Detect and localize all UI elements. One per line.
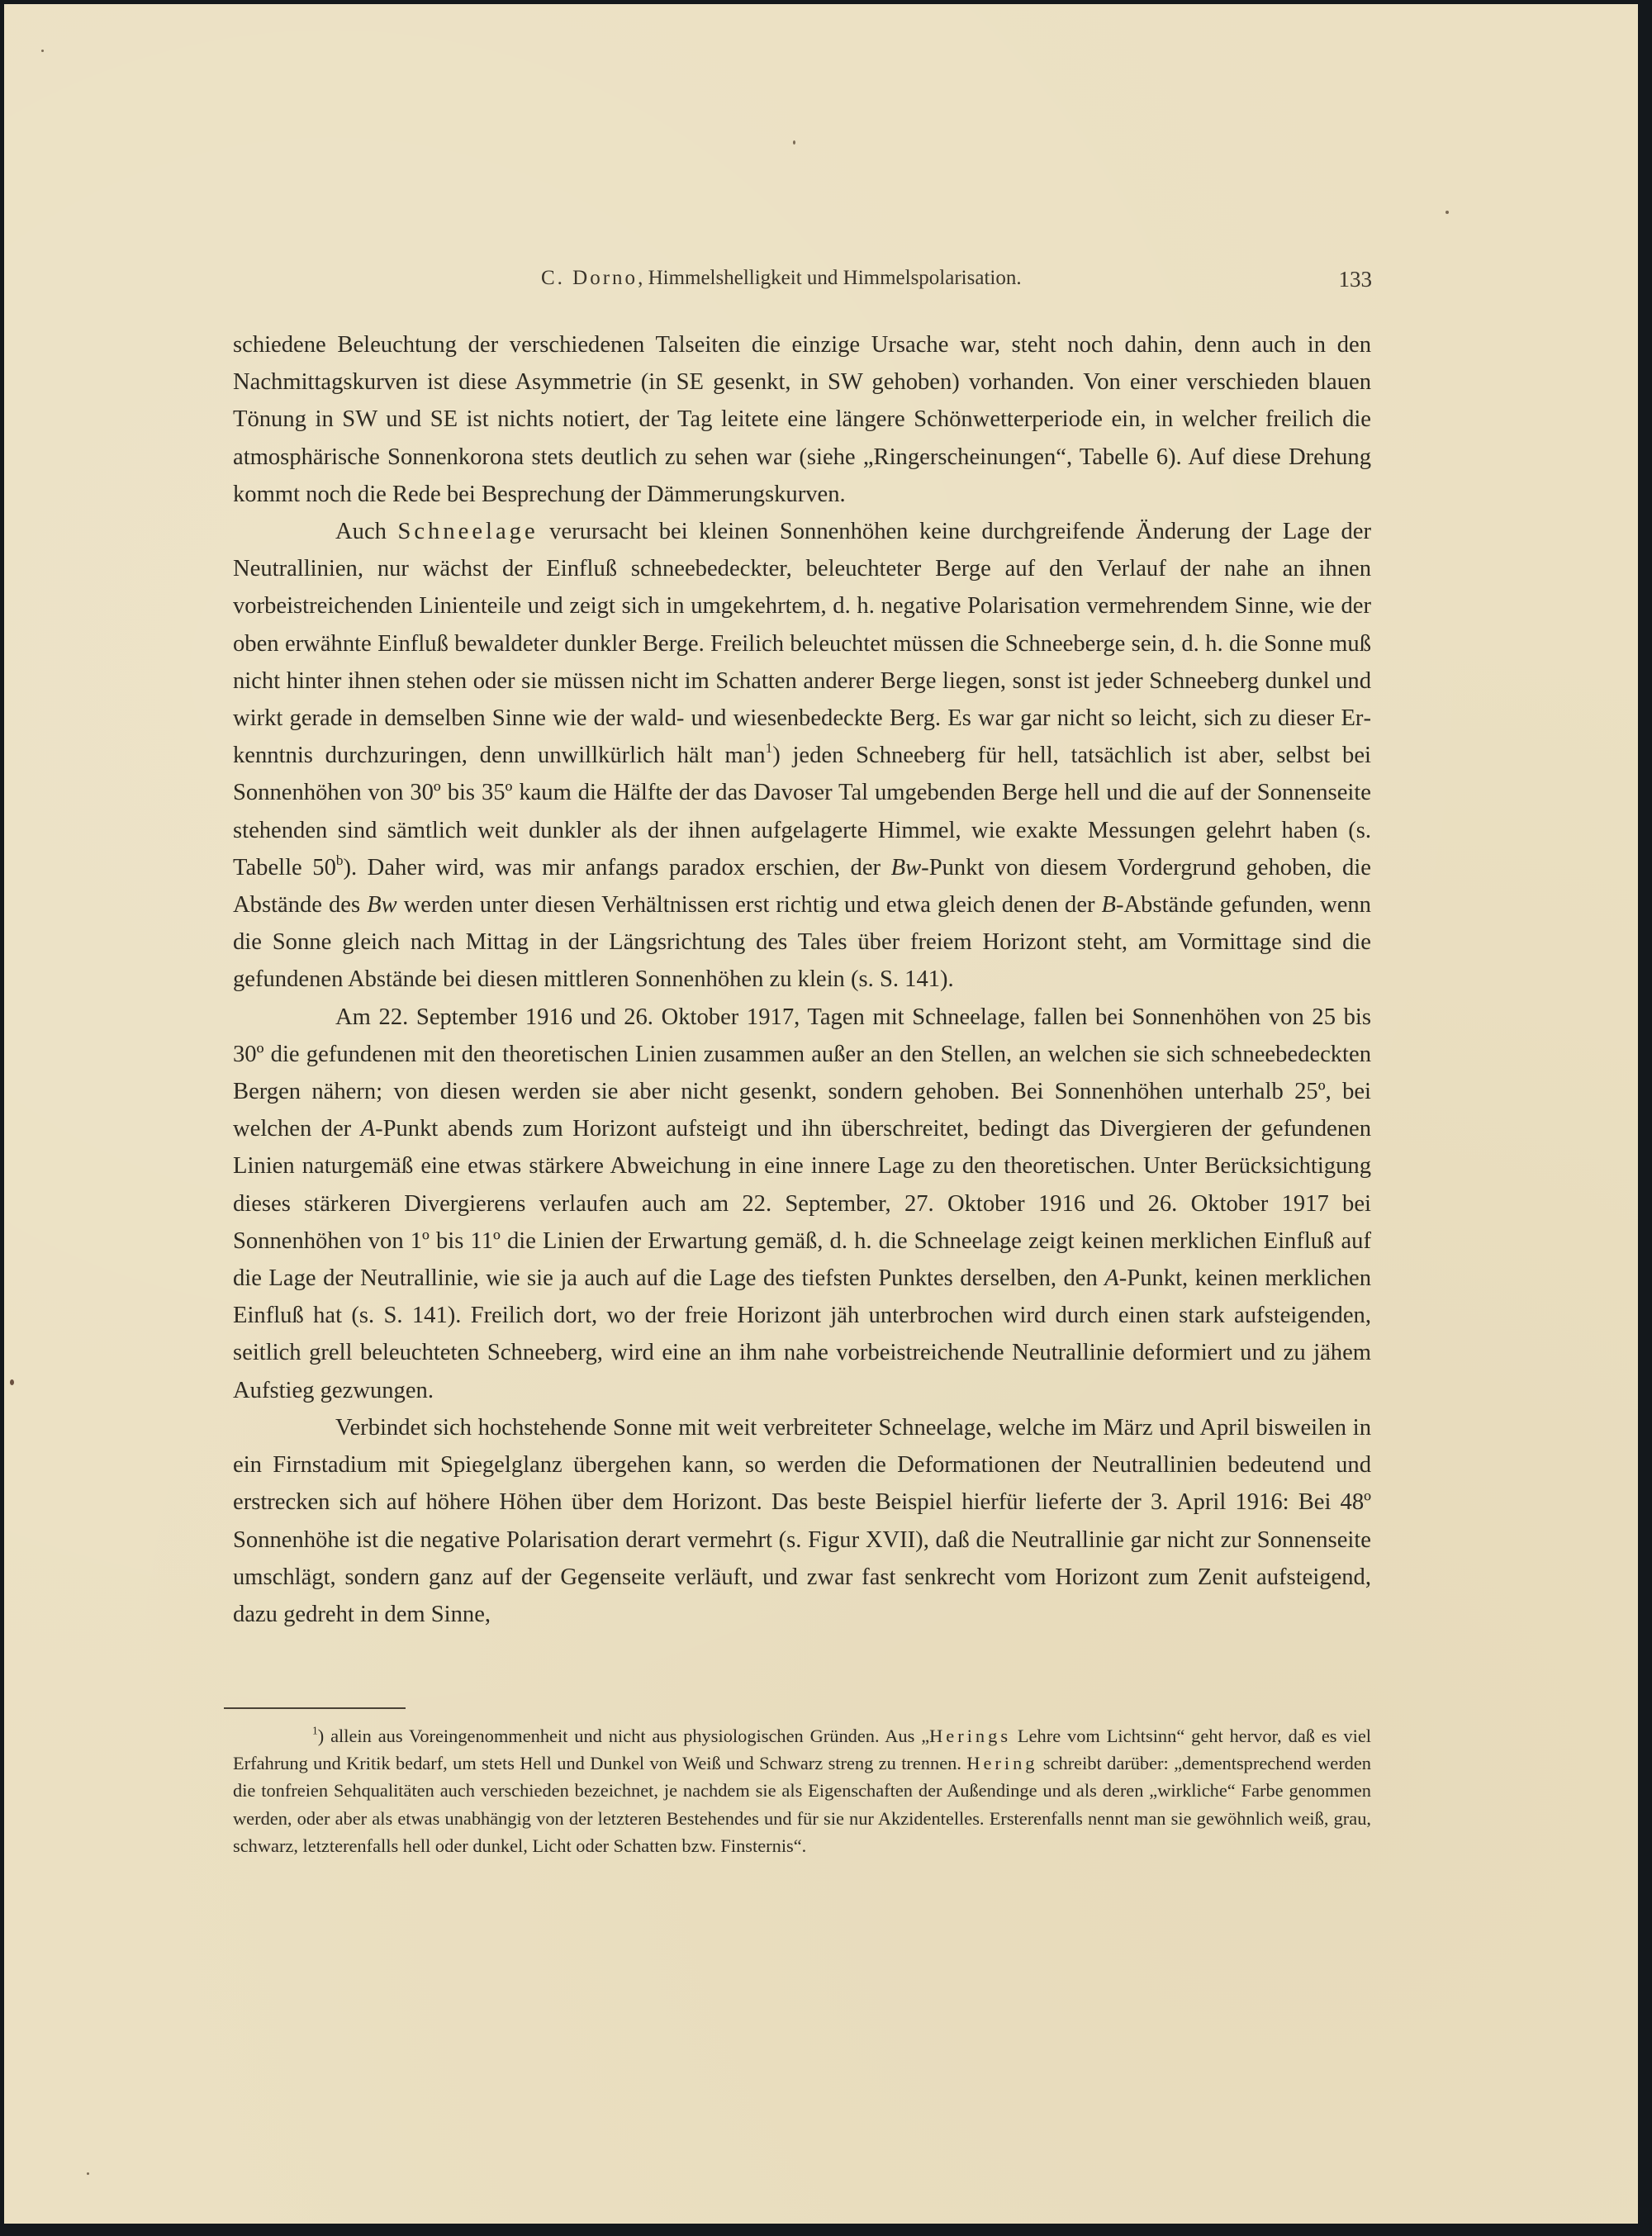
paragraph-3: Am 22. September 1916 und 26. Oktober 19… <box>233 999 1371 1409</box>
spaced-emphasis: Schneelage <box>397 519 538 544</box>
math-symbol-a: A <box>1104 1265 1118 1291</box>
math-symbol-bw: Bw <box>891 855 922 881</box>
footnote-marker: 1 <box>312 1725 318 1737</box>
math-symbol-bw: Bw <box>367 892 397 918</box>
footnote-text: 1) allein aus Voreingenommenheit und nic… <box>233 1722 1371 1859</box>
paper-speck <box>87 2172 89 2175</box>
body-text: schiedene Beleuchtung der verschiedenen … <box>233 326 1371 1633</box>
header-author: C. Dorno <box>541 267 638 289</box>
footnote-separator <box>224 1707 406 1709</box>
paragraph-1: schiedene Beleuchtung der verschiedenen … <box>233 326 1371 513</box>
text-run: Verbindet sich hochstehende Sonne mit we… <box>233 1415 1371 1627</box>
page-number: 133 <box>1339 267 1373 292</box>
spaced-emphasis: Hering <box>966 1753 1037 1773</box>
paragraph-text: schiedene Beleuchtung der verschiedenen … <box>233 332 1371 507</box>
scanned-page: C. Dorno, Himmelshelligkeit und Himmelsp… <box>4 4 1638 2224</box>
paper-speck <box>41 50 44 52</box>
running-header: C. Dorno, Himmelshelligkeit und Himmelsp… <box>541 267 1375 300</box>
text-run: verursacht bei kleinen Sonnenhöhen keine… <box>233 519 1371 768</box>
footnote: 1) allein aus Voreingenommenheit und nic… <box>233 1722 1371 1859</box>
paragraph-2: Auch Schneelage verursacht bei kleinen S… <box>233 513 1371 999</box>
text-run: ). Daher wird, was mir anfangs paradox e… <box>343 855 890 881</box>
text-run: werden unter diesen Verhält­nissen erst … <box>397 892 1102 918</box>
header-title: C. Dorno, Himmelshelligkeit und Himmelsp… <box>541 267 1022 290</box>
math-symbol-a: A <box>361 1116 375 1142</box>
header-title-text: , Himmelshelligkeit und Himmelspolarisat… <box>638 267 1022 289</box>
paragraph-4: Verbindet sich hochstehende Sonne mit we… <box>233 1409 1371 1633</box>
math-symbol-b: B <box>1102 892 1116 918</box>
paper-speck <box>10 1379 14 1385</box>
paper-speck <box>1445 211 1449 214</box>
paper-speck <box>793 140 795 145</box>
spaced-emphasis: Herings <box>929 1726 1011 1746</box>
text-run: ) allein aus Voreingenommenheit und nich… <box>318 1726 929 1746</box>
footnote-reference: 1 <box>766 740 773 756</box>
text-run: Auch <box>335 519 397 544</box>
